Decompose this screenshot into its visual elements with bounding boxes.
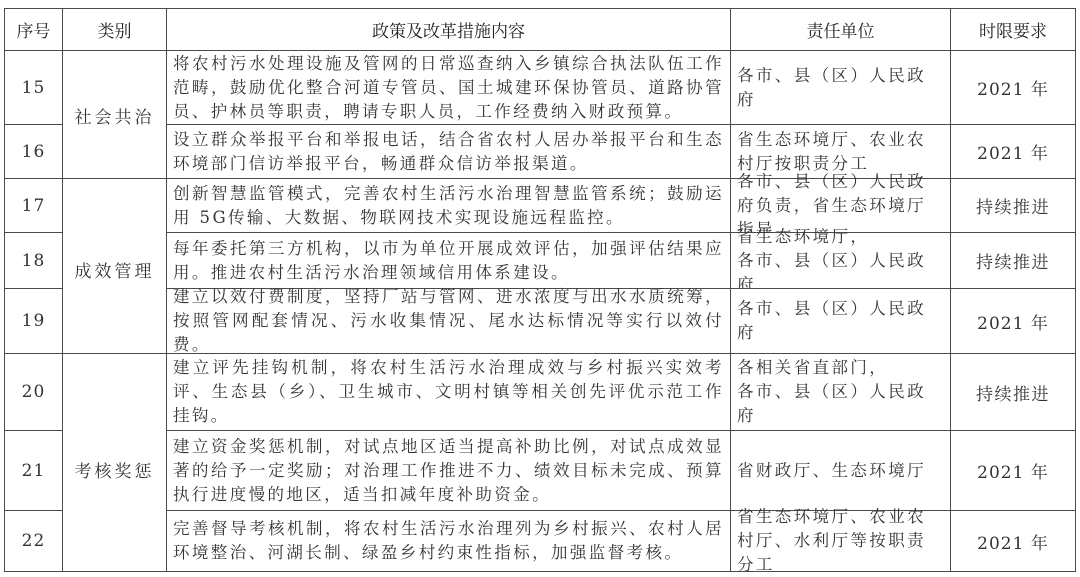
table-row-deadline: 持续推进 <box>950 353 1076 431</box>
row-deadline-text: 2021 年 <box>977 458 1049 483</box>
table-row-no: 15 <box>4 50 63 125</box>
row-unit-text: 各市、县（区）人民政府 <box>737 64 944 112</box>
header-content-label: 政策及改革措施内容 <box>372 17 525 42</box>
row-content-text: 创新智慧监管模式，完善农村生活污水治理智慧监管系统；鼓励运用 5G传输、大数据、… <box>173 182 724 230</box>
row-unit-text: 各市、县（区）人民政府 <box>737 297 944 345</box>
row-no-label: 19 <box>22 311 46 331</box>
row-content-text: 将农村污水处理设施及管网的日常巡查纳入乡镇综合执法队伍工作范畴，鼓励优化整合河道… <box>173 52 724 124</box>
table-row-unit: 省生态环境厅， 各市、县（区）人民政府 <box>730 232 951 289</box>
table-row-content: 建立资金奖惩机制，对试点地区适当提高补助比例，对试点成效显著的给予一定奖励；对治… <box>166 430 731 511</box>
table-row-no: 18 <box>4 232 63 289</box>
table-row-unit: 各市、县（区）人民政府 <box>730 288 951 354</box>
row-content-text: 每年委托第三方机构，以市为单位开展成效评估，加强评估结果应用。推进农村生活污水治… <box>173 237 724 285</box>
row-content-text: 建立资金奖惩机制，对试点地区适当提高补助比例，对试点成效显著的给予一定奖励；对治… <box>173 435 724 507</box>
table-row-deadline: 持续推进 <box>950 178 1076 233</box>
header-content: 政策及改革措施内容 <box>166 8 731 51</box>
row-deadline-text: 2021 年 <box>977 529 1049 554</box>
row-deadline-text: 2021 年 <box>977 139 1049 164</box>
header-deadline: 时限要求 <box>950 8 1076 51</box>
table-row-no: 19 <box>4 288 63 354</box>
header-no: 序号 <box>4 8 63 51</box>
row-deadline-text: 持续推进 <box>976 193 1050 218</box>
row-no-label: 15 <box>22 78 46 98</box>
table-row-content: 建立以效付费制度，坚持厂站与管网、进水浓度与出水水质统筹，按照管网配套情况、污水… <box>166 288 731 354</box>
table-row-content: 建立评先挂钩机制，将农村生活污水治理成效与乡村振兴实效考评、生态县（乡）、卫生城… <box>166 353 731 431</box>
row-no-label: 21 <box>22 461 46 481</box>
header-category-label: 类别 <box>98 17 132 42</box>
category-label: 考核奖惩 <box>63 457 166 482</box>
table-row-deadline: 2021 年 <box>950 510 1076 572</box>
header-deadline-label: 时限要求 <box>979 17 1047 42</box>
header-unit-label: 责任单位 <box>807 17 875 42</box>
table-row-unit: 各市、县（区）人民政府 <box>730 50 951 125</box>
category-label: 成效管理 <box>63 257 166 282</box>
header-category: 类别 <box>62 8 167 51</box>
row-no-label: 22 <box>22 531 46 551</box>
row-deadline-text: 持续推进 <box>976 248 1050 273</box>
row-content-text: 完善督导考核机制，将农村生活污水治理列为乡村振兴、农村人居环境整治、河湖长制、绿… <box>173 517 724 565</box>
row-no-label: 18 <box>22 251 46 271</box>
row-unit-text: 各相关省直部门， 各市、县（区）人民政府 <box>737 356 944 428</box>
category-label: 社会共治 <box>63 103 166 128</box>
row-unit-text: 省生态环境厅、农业农村厅按职责分工 <box>737 128 944 176</box>
table-row-deadline: 持续推进 <box>950 232 1076 289</box>
row-no-label: 16 <box>22 142 46 162</box>
table-row-content: 每年委托第三方机构，以市为单位开展成效评估，加强评估结果应用。推进农村生活污水治… <box>166 232 731 289</box>
row-deadline-text: 2021 年 <box>977 75 1049 100</box>
table-row-content: 将农村污水处理设施及管网的日常巡查纳入乡镇综合执法队伍工作范畴，鼓励优化整合河道… <box>166 50 731 125</box>
row-unit-text: 省生态环境厅、农业农村厅、水利厅等按职责分工 <box>737 505 944 577</box>
row-unit-text: 省财政厅、生态环境厅 <box>737 459 926 483</box>
table-row-content: 完善督导考核机制，将农村生活污水治理列为乡村振兴、农村人居环境整治、河湖长制、绿… <box>166 510 731 572</box>
policy-table: 序号 类别 政策及改革措施内容 责任单位 时限要求 社会共治 成效管理 考核奖惩… <box>0 0 1080 577</box>
row-content-text: 建立评先挂钩机制，将农村生活污水治理成效与乡村振兴实效考评、生态县（乡）、卫生城… <box>173 356 724 428</box>
table-row-content: 创新智慧监管模式，完善农村生活污水治理智慧监管系统；鼓励运用 5G传输、大数据、… <box>166 178 731 233</box>
header-unit: 责任单位 <box>730 8 951 51</box>
table-row-content: 设立群众举报平台和举报电话，结合省农村人居办举报平台和生态环境部门信访举报平台，… <box>166 124 731 179</box>
row-content-text: 建立以效付费制度，坚持厂站与管网、进水浓度与出水水质统筹，按照管网配套情况、污水… <box>173 285 724 357</box>
table-row-unit: 各相关省直部门， 各市、县（区）人民政府 <box>730 353 951 431</box>
row-deadline-text: 持续推进 <box>976 380 1050 405</box>
table-row-no: 21 <box>4 430 63 511</box>
category-cell-performance-management: 成效管理 <box>62 178 167 354</box>
table-row-deadline: 2021 年 <box>950 430 1076 511</box>
category-cell-social-governance: 社会共治 <box>62 50 167 179</box>
table-row-no: 20 <box>4 353 63 431</box>
row-no-label: 20 <box>22 382 46 402</box>
table-row-deadline: 2021 年 <box>950 50 1076 125</box>
table-row-no: 17 <box>4 178 63 233</box>
table-row-unit: 省财政厅、生态环境厅 <box>730 430 951 511</box>
table-row-no: 22 <box>4 510 63 572</box>
table-row-deadline: 2021 年 <box>950 124 1076 179</box>
category-cell-assessment-rewards: 考核奖惩 <box>62 353 167 572</box>
row-no-label: 17 <box>22 196 46 216</box>
row-content-text: 设立群众举报平台和举报电话，结合省农村人居办举报平台和生态环境部门信访举报平台，… <box>173 128 724 176</box>
row-deadline-text: 2021 年 <box>977 309 1049 334</box>
table-row-unit: 省生态环境厅、农业农村厅、水利厅等按职责分工 <box>730 510 951 572</box>
header-no-label: 序号 <box>17 17 51 42</box>
table-row-no: 16 <box>4 124 63 179</box>
table-row-deadline: 2021 年 <box>950 288 1076 354</box>
row-unit-text: 省生态环境厅， 各市、县（区）人民政府 <box>737 225 944 297</box>
